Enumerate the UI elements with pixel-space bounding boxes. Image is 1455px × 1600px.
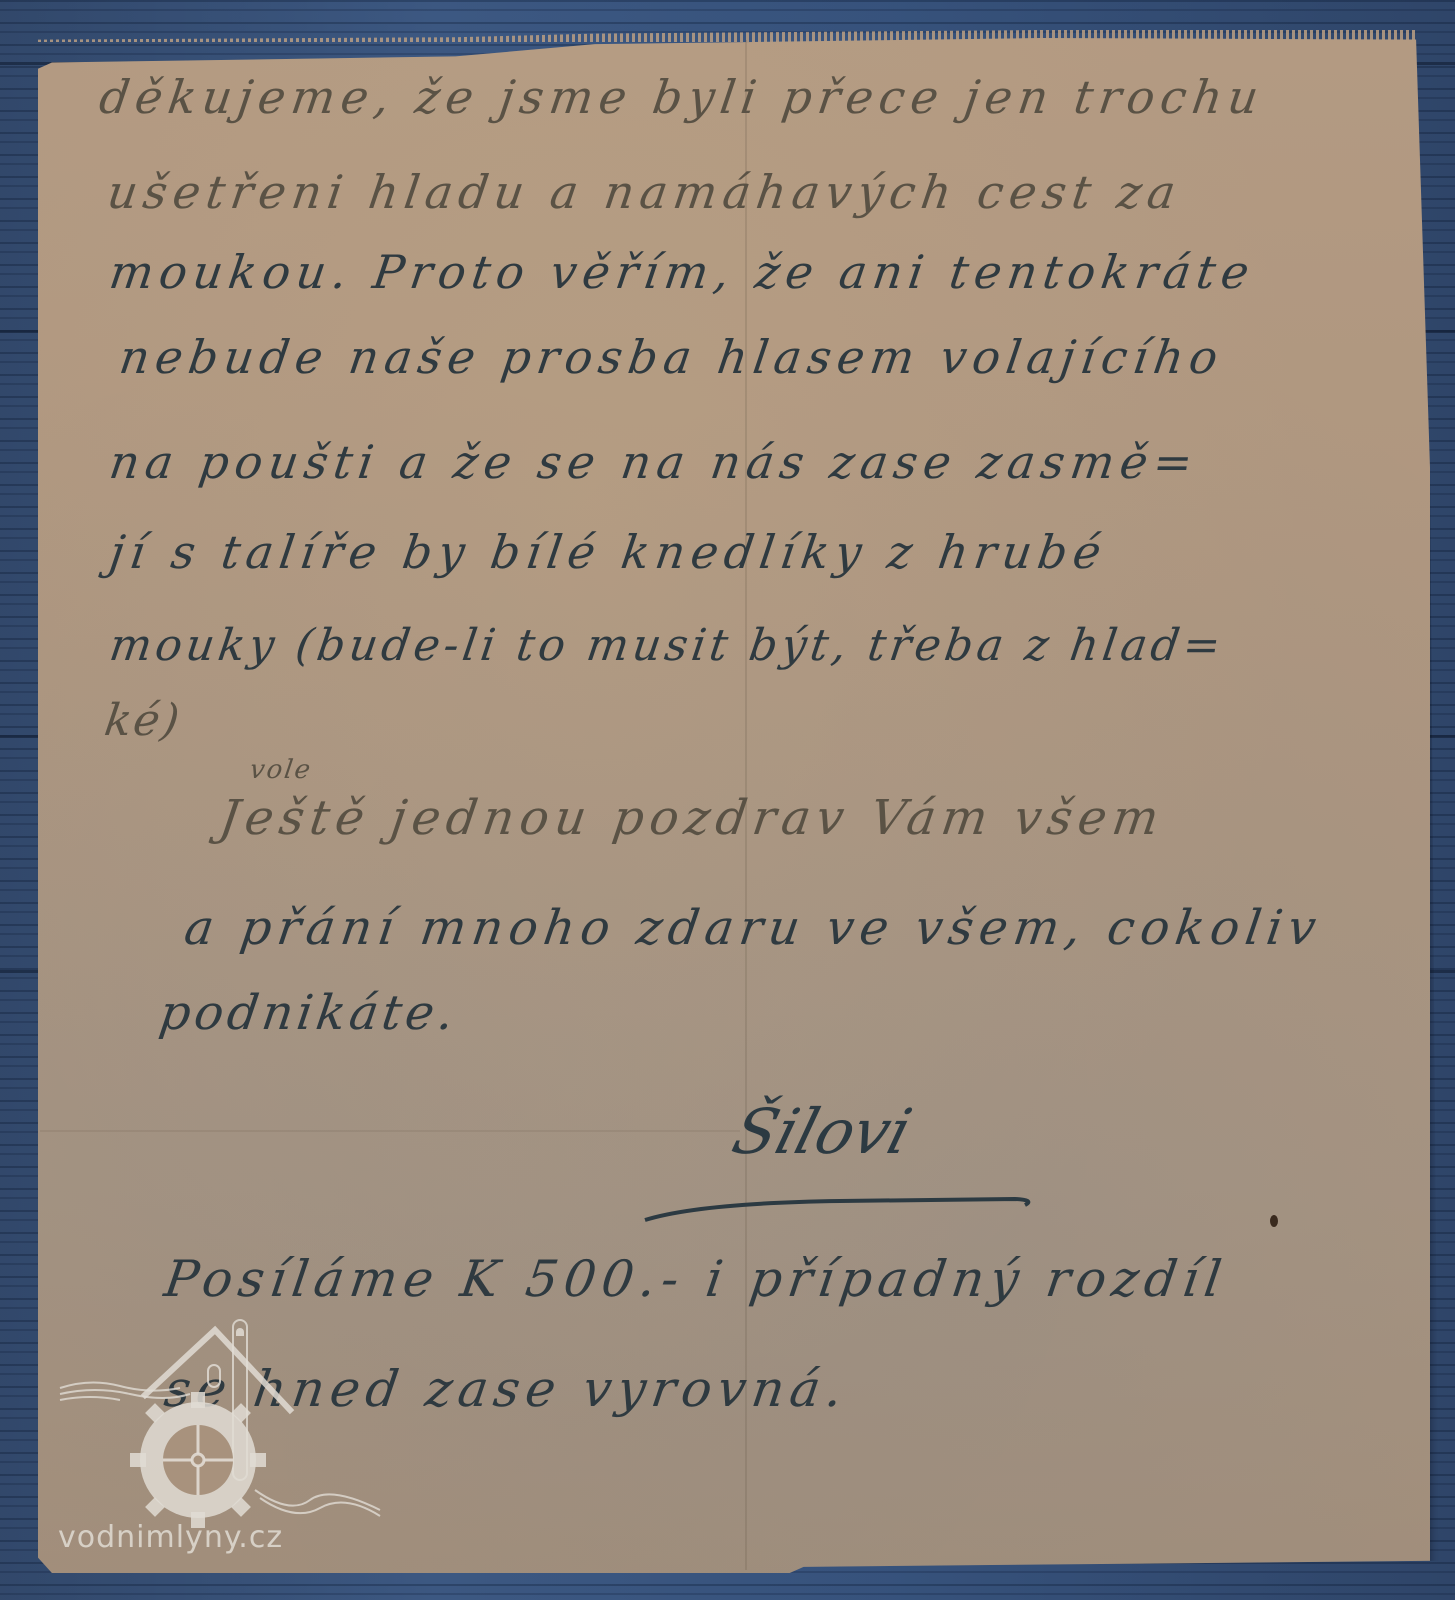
insertion-above-line-9: vole [248,755,314,785]
letter-line-6: jí s talíře by bílé knedlíky z hrubé [106,525,1110,579]
paper-fold-horizontal [40,1130,740,1132]
paper-stain [1270,1215,1278,1227]
letter-line-9: Ještě jednou pozdrav Vám všem [216,790,1168,846]
letter-line-7: mouky (bude-li to musit být, třeba z hla… [106,620,1227,671]
letter-line-3: moukou. Proto věřím, že ani tentokráte [106,245,1258,299]
watermark-text: vodnimlyny.cz [58,1520,283,1555]
letter-line-4: nebude naše prosba hlasem volajícího [116,330,1227,384]
signature: Šilovi [725,1095,919,1168]
letter-line-1: děkujeme, že jsme byli přece jen trochu [96,70,1267,124]
letter-line-8: ké) [101,695,184,746]
letter-line-10: a přání mnoho zdaru ve všem, cokoliv [181,900,1325,956]
signature-underline [640,1195,1040,1225]
letter-line-6-text: jí s talíře by bílé knedlíky z hrubé [106,525,1110,579]
letter-line-11: podnikáte. [156,985,461,1041]
letter-line-2: ušetřeni hladu a namáhavých cest za [104,165,1185,219]
letter-line-5: na poušti a že se na nás zase zasmě= [106,435,1202,489]
